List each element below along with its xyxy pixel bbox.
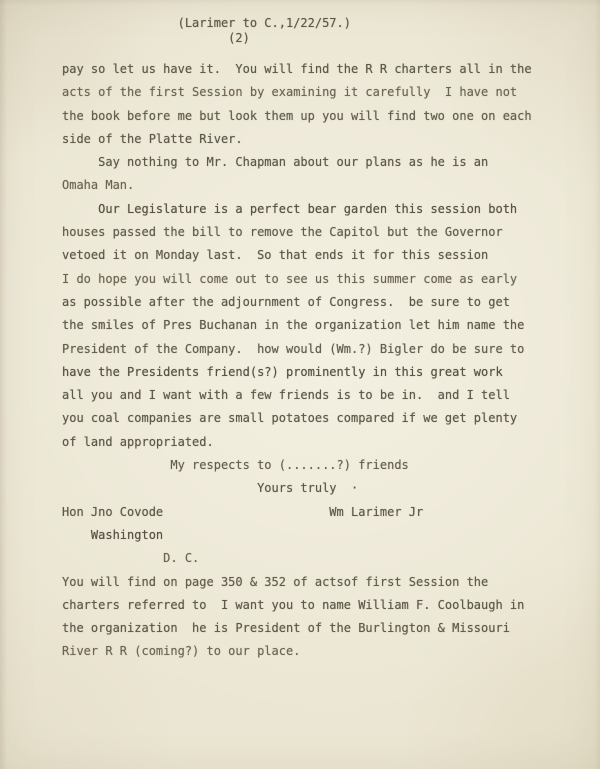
letter-postscript-line: River R R (coming?) to our place. bbox=[62, 640, 532, 663]
letter-postscript-line: charters referred to I want you to name … bbox=[62, 594, 532, 617]
letter-line: Omaha Man. bbox=[62, 174, 532, 197]
letter-postscript-line: the organization he is President of the … bbox=[62, 617, 532, 640]
letter-line: President of the Company. how would (Wm.… bbox=[62, 338, 532, 361]
letter-postscript-line: You will find on page 350 & 352 of actso… bbox=[62, 571, 532, 594]
letter-page: (Larimer to C.,1/22/57.) (2) pay so let … bbox=[0, 0, 600, 769]
letter-line: vetoed it on Monday last. So that ends i… bbox=[62, 244, 532, 267]
letter-closing: Yours truly · bbox=[62, 477, 532, 500]
letter-line: as possible after the adjournment of Con… bbox=[62, 291, 532, 314]
letter-content: (Larimer to C.,1/22/57.) (2) pay so let … bbox=[62, 16, 532, 664]
letter-line: you coal companies are small potatoes co… bbox=[62, 407, 532, 430]
letter-line: acts of the first Session by examining i… bbox=[62, 81, 532, 104]
page-number: (2) bbox=[62, 31, 532, 46]
letter-addressee-and-signature: Hon Jno Covode Wm Larimer Jr bbox=[62, 501, 532, 524]
letter-line: side of the Platte River. bbox=[62, 128, 532, 151]
letter-line: of land appropriated. bbox=[62, 431, 532, 454]
letter-respects-line: My respects to (.......?) friends bbox=[62, 454, 532, 477]
letter-header: (Larimer to C.,1/22/57.) (2) bbox=[62, 16, 532, 46]
letter-line: the smiles of Pres Buchanan in the organ… bbox=[62, 314, 532, 337]
letter-line: Our Legislature is a perfect bear garden… bbox=[62, 198, 532, 221]
letter-line: pay so let us have it. You will find the… bbox=[62, 58, 532, 81]
letter-line: all you and I want with a few friends is… bbox=[62, 384, 532, 407]
letter-body: pay so let us have it. You will find the… bbox=[62, 58, 532, 664]
letter-line: the book before me but look them up you … bbox=[62, 105, 532, 128]
letter-address-city: Washington bbox=[62, 524, 532, 547]
letter-address-dc: D. C. bbox=[62, 547, 532, 570]
letter-citation: (Larimer to C.,1/22/57.) bbox=[62, 16, 532, 31]
letter-line: Say nothing to Mr. Chapman about our pla… bbox=[62, 151, 532, 174]
letter-line: houses passed the bill to remove the Cap… bbox=[62, 221, 532, 244]
letter-line: have the Presidents friend(s?) prominent… bbox=[62, 361, 532, 384]
letter-line: I do hope you will come out to see us th… bbox=[62, 268, 532, 291]
